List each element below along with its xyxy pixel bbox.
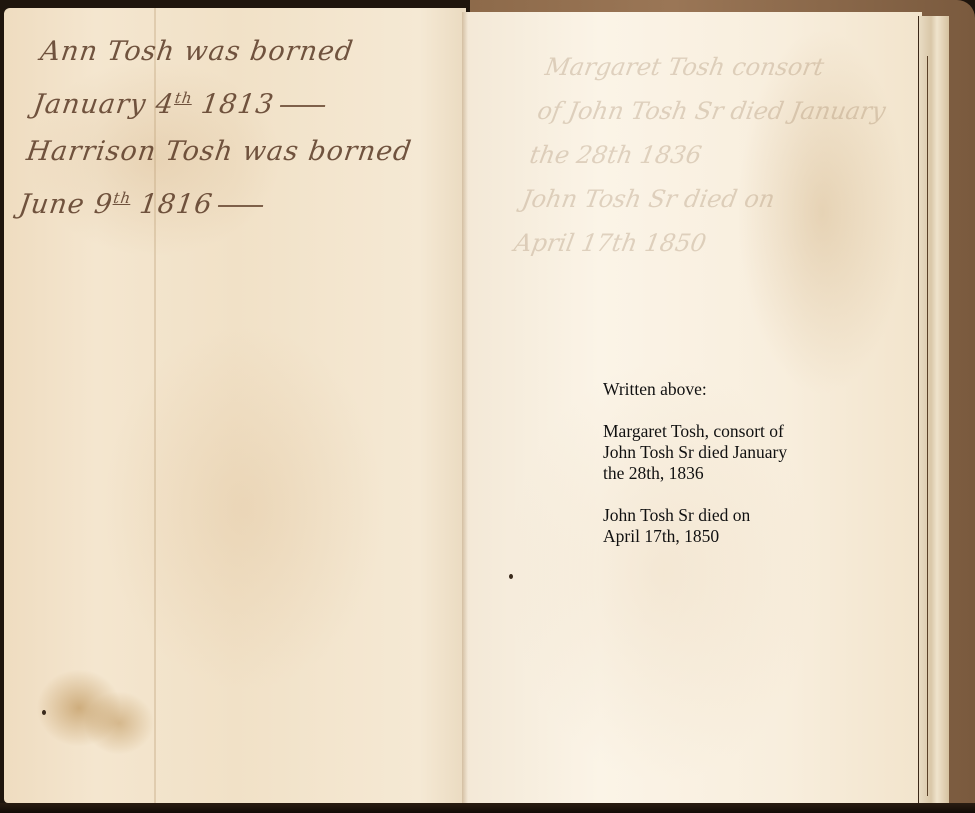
note-line: Margaret Tosh, consort of — [603, 421, 863, 442]
faded-handwriting: Margaret Tosh consort of John Tosh Sr di… — [511, 45, 920, 265]
note-line: April 17th, 1850 — [603, 526, 863, 547]
handwritten-text: June 9 — [17, 189, 115, 220]
faded-line: April 17th 1850 — [511, 221, 889, 265]
ink-speck — [509, 574, 513, 579]
handwritten-text: January 4 — [31, 89, 176, 120]
note-line: the 28th, 1836 — [603, 463, 863, 484]
handwritten-line: Ann Tosh was borned — [37, 28, 464, 75]
typed-transcription-note: Written above: Margaret Tosh, consort of… — [603, 379, 863, 547]
page-edges — [918, 16, 949, 806]
handwritten-text: Ann Tosh was borned — [39, 36, 356, 67]
handwritten-line: January 4th 1813 — [30, 75, 457, 128]
faded-line: John Tosh Sr died on — [518, 177, 896, 221]
scanned-book-spread: Ann Tosh was borned January 4th 1813 Har… — [0, 0, 975, 813]
bottom-shadow — [0, 803, 975, 813]
flourish-dash — [280, 105, 325, 107]
ink-speck — [42, 710, 46, 715]
handwritten-text: 1816 — [128, 189, 215, 220]
note-line: John Tosh Sr died January — [603, 442, 863, 463]
note-line: John Tosh Sr died on — [603, 505, 863, 526]
handwritten-text: Harrison Tosh was borned — [25, 136, 414, 167]
note-heading: Written above: — [603, 379, 863, 400]
faded-line: of John Tosh Sr died January — [534, 89, 912, 133]
faded-line: Margaret Tosh consort — [542, 45, 920, 89]
flourish-dash — [218, 205, 263, 207]
handwritten-line: June 9th 1816 — [16, 175, 443, 228]
handwritten-line: Harrison Tosh was borned — [23, 128, 450, 175]
handwritten-text: 1813 — [190, 89, 277, 120]
handwritten-birth-records: Ann Tosh was borned January 4th 1813 Har… — [16, 28, 464, 228]
faded-line: the 28th 1836 — [526, 133, 904, 177]
